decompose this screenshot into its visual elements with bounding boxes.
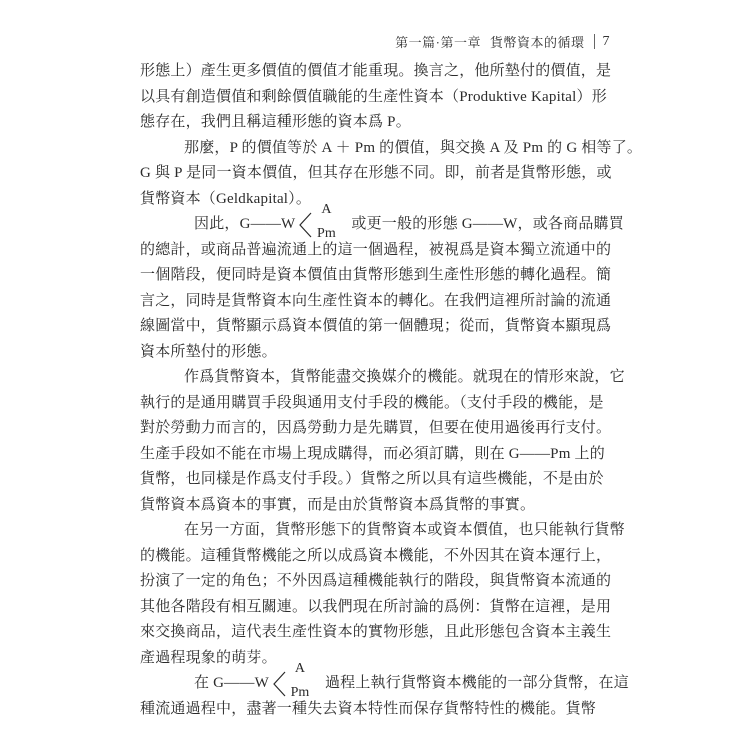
book-page: 第一篇·第一章 貨幣資本的循環 7 形態上）產生更多價值的價值才能重現。換言之，… (0, 0, 750, 750)
text-line: 對於勞動力而言的，因爲勞動力是先購買，但要在使用過後再行支付。 (140, 416, 610, 442)
text-line: 生產手段如不能在市場上現成購得，而必須訂購，則在 G——Pm 上的 (140, 442, 610, 468)
header-divider (594, 34, 595, 49)
text-line: 態存在，我們且稱這種形態的資本爲 P。 (140, 110, 610, 136)
text-line: 線圖當中，貨幣顯示爲資本價值的第一個體現；從而，貨幣資本顯現爲 (140, 314, 610, 340)
formula-stack-bottom: Pm (314, 222, 338, 246)
text-line: 的總計，或商品普遍流通上的這一個過程，被視爲是資本獨立流通中的 (140, 238, 610, 264)
text-line: 產過程現象的萌芽。 (140, 646, 610, 672)
text-line: 言之，同時是貨幣資本向生產性資本的轉化。在我們這裡所討論的流通 (140, 289, 610, 315)
formula-prefix: 在 G——W (194, 675, 269, 691)
page-body: 形態上）產生更多價值的價值才能重現。換言之，他所墊付的價值，是以具有創造價值和剩… (140, 59, 610, 722)
text-line: 作爲貨幣資本，貨幣能盡交換媒介的機能。就現在的情形來說，它 (140, 365, 610, 391)
angle-bracket-icon (299, 212, 312, 238)
formula-branch-bracket: APm (272, 676, 316, 688)
text-line: 形態上）產生更多價值的價值才能重現。換言之，他所墊付的價值，是 (140, 59, 610, 85)
formula-line: 因此，G——WAPm或更一般的形態 G——W，或各商品購買 (140, 212, 610, 238)
formula-suffix: 過程上執行貨幣資本機能的一部分貨幣，在這 (325, 675, 629, 691)
formula-branch-bracket: APm (298, 217, 342, 229)
formula-stack: APm (288, 657, 312, 705)
text-line: 的機能。這種貨幣機能之所以成爲資本機能，不外因其在資本運行上， (140, 544, 610, 570)
text-line: 一個階段，便同時是資本價值由貨幣形態到生產性形態的轉化過程。簡 (140, 263, 610, 289)
formula-stack-top: A (314, 198, 338, 222)
formula-stack: APm (314, 198, 338, 246)
text-line: 在另一方面，貨幣形態下的貨幣資本或資本價值，也只能執行貨幣 (140, 518, 610, 544)
formula-line: 在 G——WAPm過程上執行貨幣資本機能的一部分貨幣，在這 (140, 671, 610, 697)
text-line: 來交換商品，這代表生產性資本的實物形態，且此形態包含資本主義生 (140, 620, 610, 646)
page-number: 7 (603, 34, 611, 50)
text-line: 扮演了一定的角色；不外因爲這種機能執行的階段，與貨幣資本流通的 (140, 569, 610, 595)
formula-stack-bottom: Pm (288, 681, 312, 705)
text-line: 資本所墊付的形態。 (140, 340, 610, 366)
text-line: G 與 P 是同一資本價值，但其存在形態不同。即，前者是貨幣形態，或 (140, 161, 610, 187)
text-line: 其他各階段有相互關連。以我們現在所討論的爲例：貨幣在這裡，是用 (140, 595, 610, 621)
section-label: 第一篇·第一章 (395, 32, 481, 51)
formula-stack-top: A (288, 657, 312, 681)
text-line: 貨幣資本（Geldkapital）。 (140, 187, 610, 213)
text-line: 以具有創造價值和剩餘價值職能的生產性資本（Produktive Kapital）… (140, 85, 610, 111)
running-header: 第一篇·第一章 貨幣資本的循環 7 (395, 32, 610, 51)
text-line: 種流通過程中，盡著一種失去資本特性而保存貨幣特性的機能。貨幣 (140, 697, 610, 723)
text-line: 貨幣，也同樣是作爲支付手段。）貨幣之所以具有這些機能，不是由於 (140, 467, 610, 493)
angle-bracket-icon (273, 671, 286, 697)
text-line: 那麼，P 的價值等於 A ＋ Pm 的價值，與交換 A 及 Pm 的 G 相等了… (140, 136, 610, 162)
chapter-title: 貨幣資本的循環 (490, 32, 585, 51)
text-line: 執行的是通用購買手段與通用支付手段的機能。（支付手段的機能，是 (140, 391, 610, 417)
text-line: 貨幣資本爲資本的事實，而是由於貨幣資本爲貨幣的事實。 (140, 493, 610, 519)
formula-prefix: 因此，G——W (194, 216, 295, 232)
formula-suffix: 或更一般的形態 G——W，或各商品購買 (351, 216, 624, 232)
